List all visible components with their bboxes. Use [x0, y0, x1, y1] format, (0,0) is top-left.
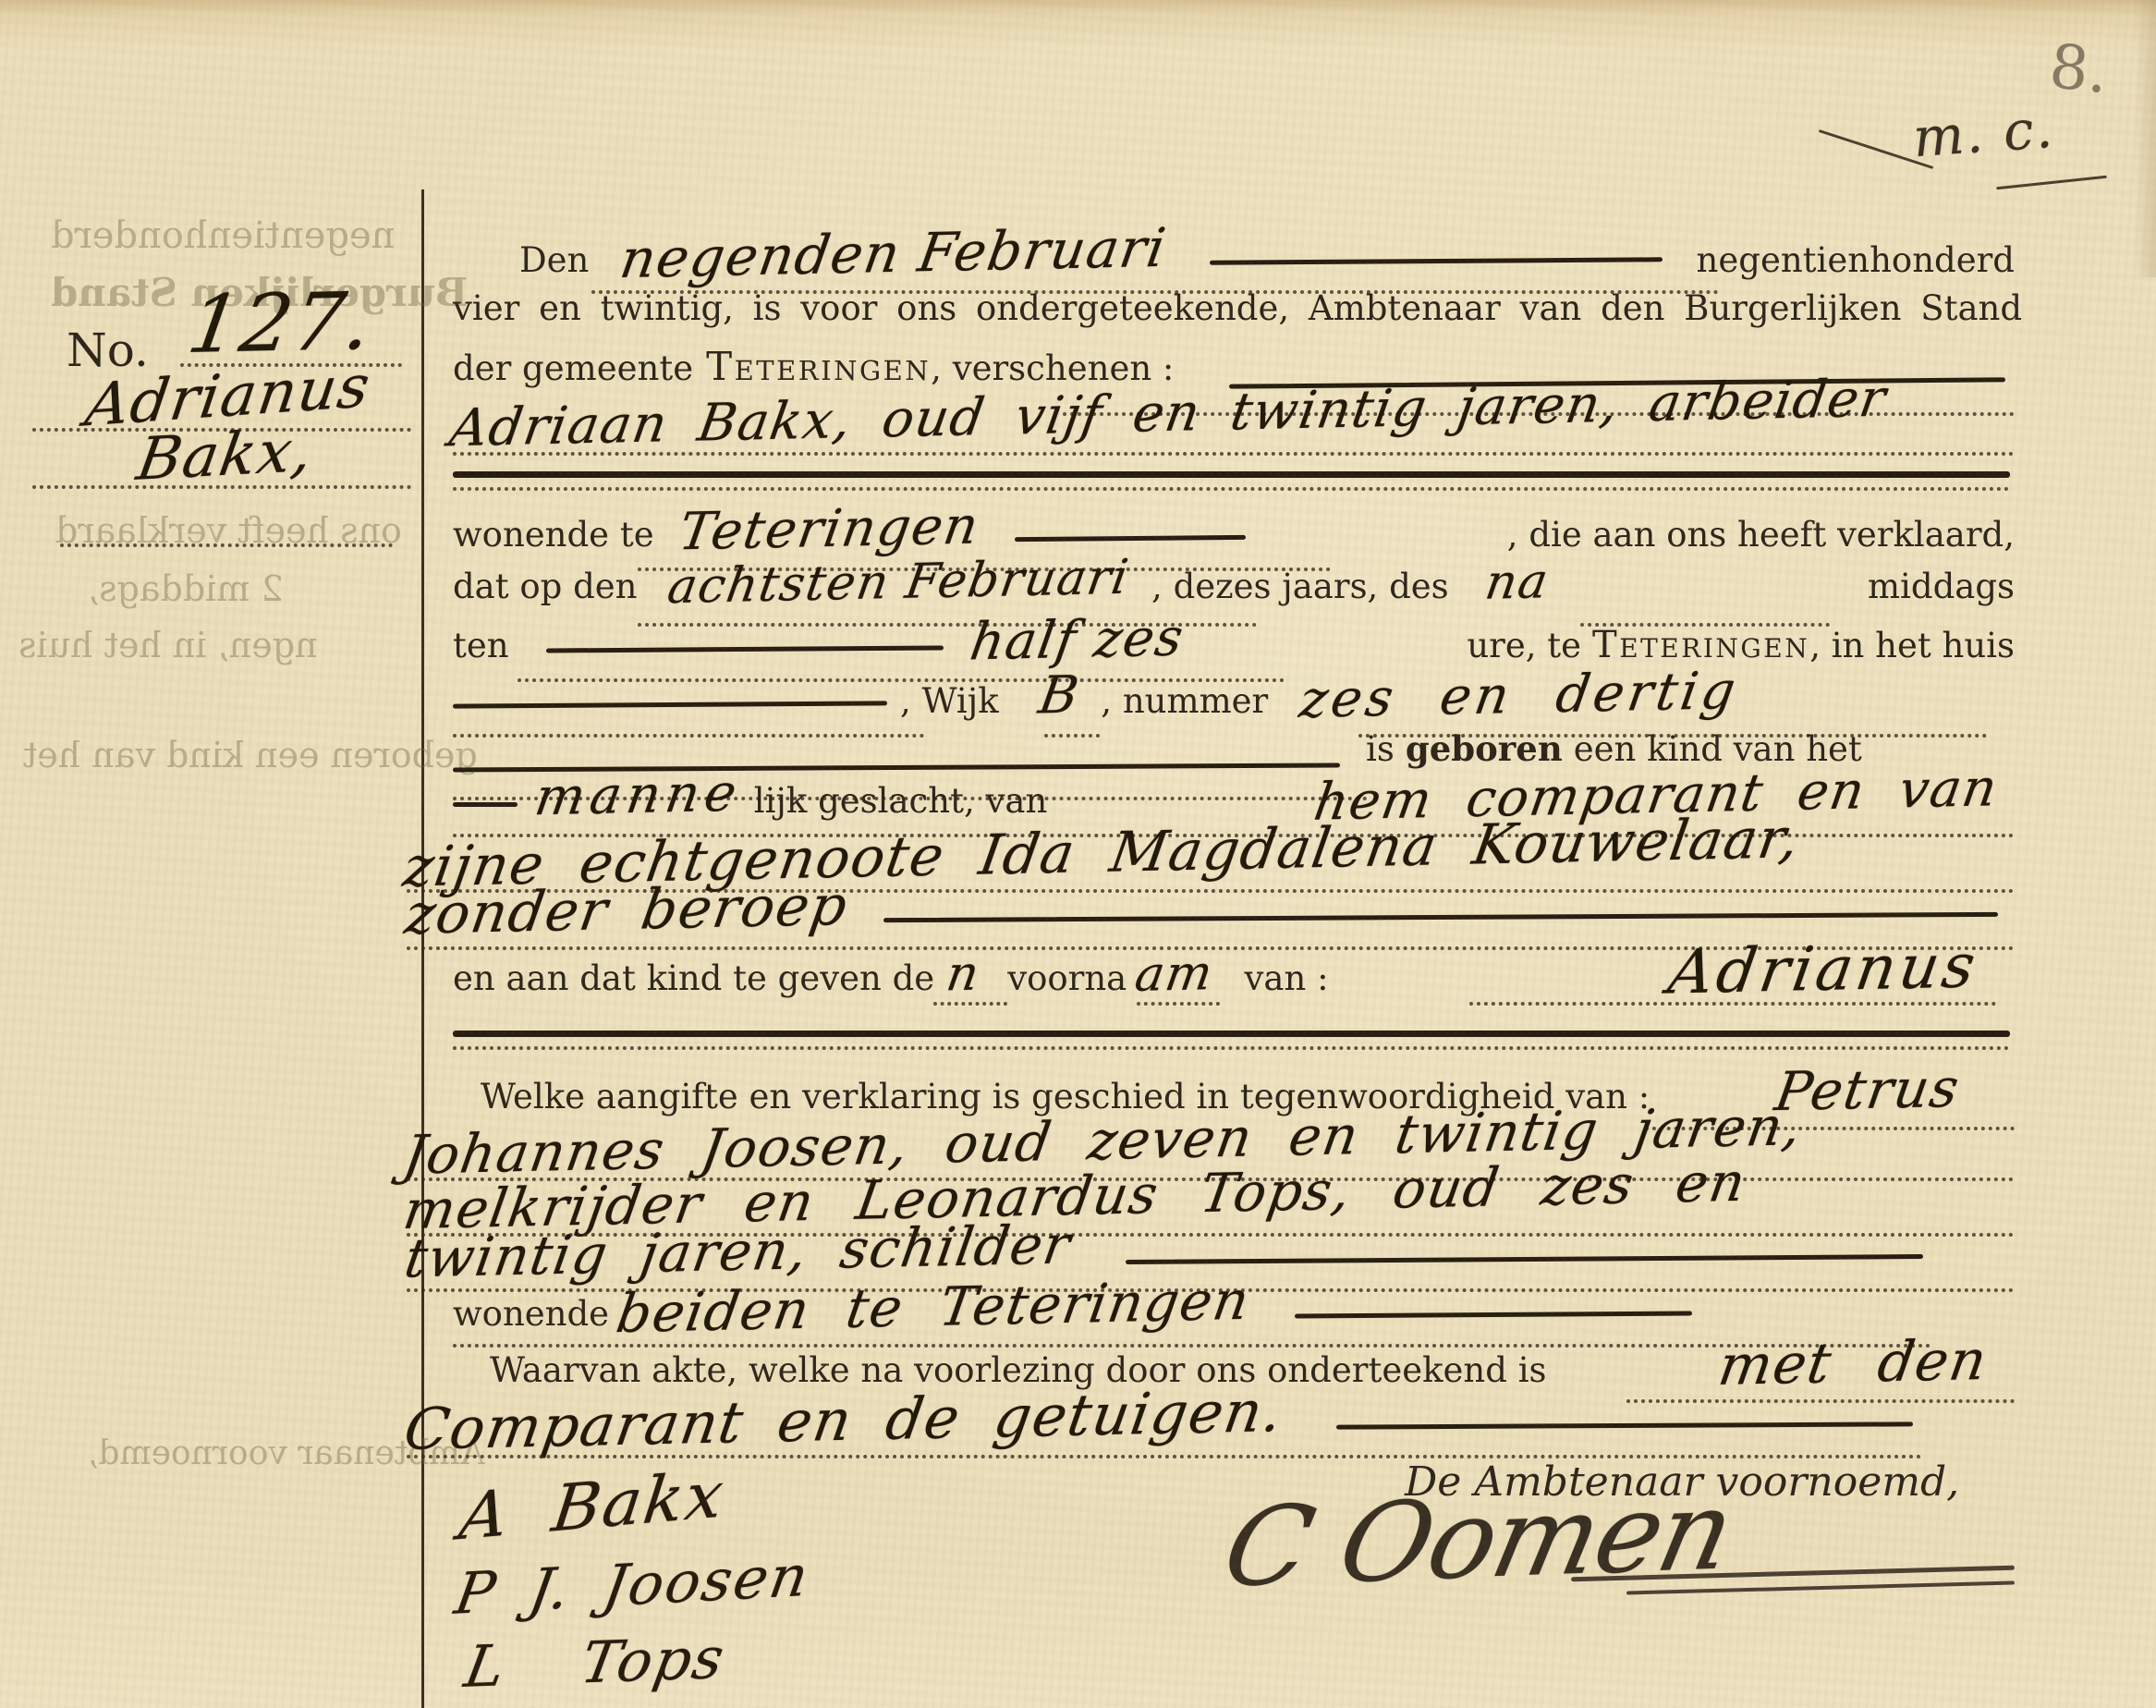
printed-year: negentienhonderd: [1697, 240, 2015, 280]
printed-den: Den: [519, 240, 589, 280]
section-rule: [453, 471, 2010, 478]
house-number-entry: zes en dertig: [1296, 661, 1743, 730]
municipality-name: Teteringen: [1592, 624, 1809, 666]
signature-declarant: A Bakx: [456, 1457, 729, 1555]
date-entry: negenden Februari: [616, 216, 1171, 290]
daypart-entry: na: [1481, 554, 1553, 610]
printed-wijk: , Wijk: [900, 681, 999, 721]
dotted-rule: [1137, 1002, 1220, 1006]
printed-is: is: [1366, 729, 1395, 769]
printed-geboren-bold: geboren: [1406, 728, 1563, 769]
printed-kind-te-geven: en aan dat kind te geven de: [453, 958, 934, 998]
printed-middags: middags: [1868, 567, 2015, 606]
municipality-name: Teteringen: [706, 344, 931, 389]
printed-voorna: voorna: [1007, 958, 1127, 998]
dotted-rule: [60, 543, 393, 547]
printed-officer-text: vier en twintig, is voor ons ondergeteek…: [453, 288, 2022, 328]
dotted-rule: [453, 1046, 2010, 1050]
initials-underline-stroke: [1996, 176, 2107, 190]
line-closing-2: Comparant en de getuigen.: [407, 1386, 2015, 1464]
printed-in-het-huis: , in het huis: [1809, 626, 2015, 665]
ink-stroke: [453, 701, 887, 708]
dotted-rule: [933, 1002, 1007, 1006]
time-entry: half zes: [966, 608, 1188, 673]
bleedthrough-text: ngen, in het huis: [18, 625, 318, 665]
margin-child-name-line2: Bakx,: [132, 417, 319, 494]
printed-van: van :: [1245, 958, 1329, 998]
birthdate-entry: achtsten Februari: [664, 550, 1133, 615]
ink-stroke: [1125, 1253, 1922, 1263]
printed-wonende: wonende: [453, 1294, 609, 1334]
printed-wonende-te: wonende te: [453, 515, 654, 555]
ink-stroke: [1210, 257, 1663, 264]
page-edge-shading: [2134, 0, 2156, 277]
ink-stroke: [1015, 534, 1246, 541]
child-name-entry: Adrianus: [1664, 931, 1984, 1008]
ink-stroke: [546, 645, 944, 653]
gender-entry: manne: [531, 763, 747, 828]
printed-geslacht-van: lijk geslacht, van: [754, 781, 1048, 821]
suffix-n-entry: n: [943, 946, 983, 1003]
printed-ten: ten: [453, 626, 509, 665]
printed-nummer: , nummer: [1101, 681, 1268, 721]
suffix-am-entry: am: [1131, 945, 1217, 1003]
printed-dezes-jaars: , dezes jaars, des: [1151, 567, 1449, 606]
bleedthrough-text: 2 middags,: [88, 568, 284, 609]
line-child-name: en aan dat kind te geven de n voorna am …: [453, 933, 2015, 1011]
ink-stroke: [1295, 1311, 1692, 1318]
dotted-rule: [453, 487, 2010, 491]
dotted-rule: [453, 452, 2015, 456]
wijk-entry: B: [1035, 665, 1084, 726]
ink-stroke: [453, 802, 518, 807]
printed-verschenen: , verschenen :: [931, 348, 1174, 388]
bleedthrough-text: negentienhonderd: [51, 214, 395, 257]
clerk-initials: m. c.: [1911, 97, 2056, 169]
printed-ure-te: ure, te: [1467, 626, 1581, 665]
printed-gemeente: der gemeente: [453, 348, 693, 388]
printed-verklaard: , die aan ons heeft verklaard,: [1507, 515, 2015, 555]
dotted-rule: [1469, 1002, 1996, 1006]
line-declarant: Adriaan Bakx, oud vijf en twintig jaren,…: [453, 384, 2015, 461]
ink-stroke: [883, 911, 1998, 921]
section-rule: [453, 1031, 2010, 1037]
birth-certificate-scan: 8. m. c. negentienhonderd Burgerlijken S…: [0, 0, 2156, 1708]
page-number-pencil: 8.: [2046, 30, 2112, 107]
closing-entry-2: Comparant en de getuigen.: [400, 1377, 1288, 1463]
dotted-rule: [32, 485, 411, 489]
bleedthrough-text: geboren een kind van het: [23, 735, 478, 775]
ink-stroke: [1336, 1421, 1913, 1429]
residence-entry: Teteringen: [675, 496, 983, 563]
signature-witness-2: L Tops: [460, 1624, 731, 1701]
printed-dat-op-den: dat op den: [453, 567, 638, 606]
signature-witness-1: P J. Joosen: [450, 1542, 814, 1628]
